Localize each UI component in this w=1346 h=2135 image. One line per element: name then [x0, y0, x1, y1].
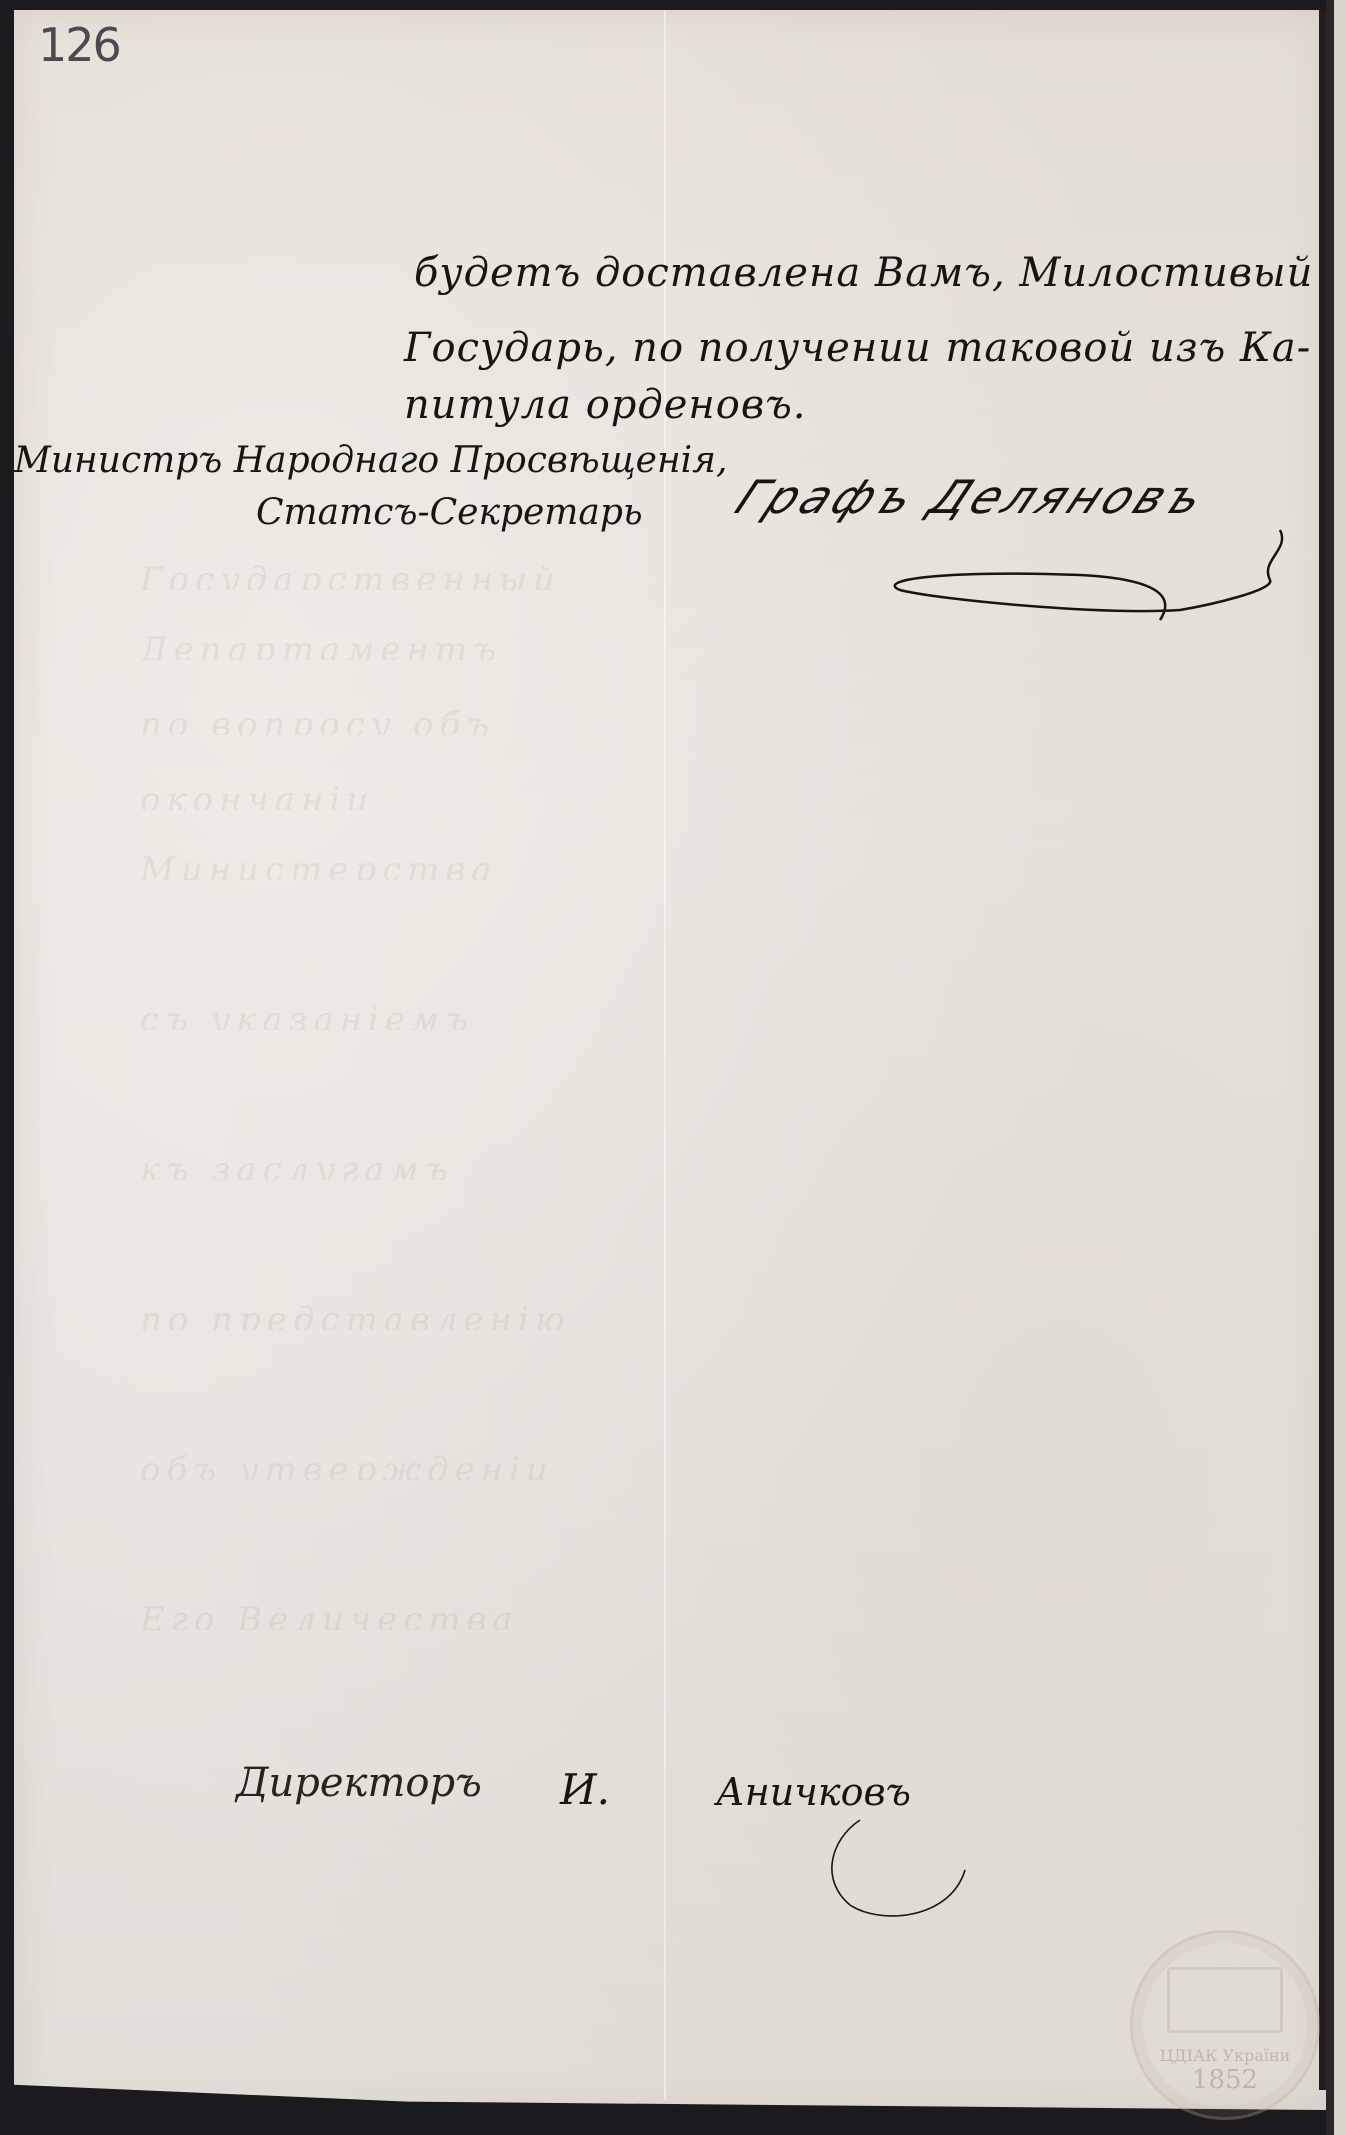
stamp-institution: ЦДІАК України	[1160, 2047, 1291, 2065]
director-initial: И.	[560, 1765, 610, 1814]
bleed-through-text: Департаментъ	[140, 630, 840, 660]
bleed-through-text: по вопросу объ	[140, 705, 840, 735]
director-title: Директоръ	[236, 1760, 482, 1806]
bleed-through-text: Его Величества	[140, 1600, 840, 1630]
folio-number: 126	[38, 18, 120, 72]
bleed-through-text: къ заслугамъ	[140, 1150, 840, 1180]
stamp-year: 1852	[1192, 2065, 1258, 2095]
body-line: будетъ доставлена Вамъ, Милостивый	[414, 250, 1313, 296]
bleed-through-text: Министерства	[140, 850, 840, 880]
director-signature: Аничковъ	[716, 1770, 911, 1814]
minister-title: Министръ Народнаго Просвѣщенія,	[14, 440, 727, 481]
bleed-through-text: по представленію	[140, 1300, 840, 1330]
book-icon	[1167, 1967, 1283, 2033]
bleed-through-text: съ указаніемъ	[140, 1000, 840, 1030]
bleed-through-text: объ утвержденіи	[140, 1450, 840, 1480]
body-line: Государь, по получении таковой изъ Ка-	[404, 325, 1311, 371]
archive-stamp: ЦДІАК України 1852	[1130, 1930, 1320, 2120]
body-line: питула орденовъ.	[404, 382, 806, 428]
fold-line	[664, 10, 666, 2100]
minister-rank: Статсъ-Секретарь	[256, 492, 643, 533]
bleed-through-text: окончаніи	[140, 780, 840, 810]
adjacent-page-edge	[1326, 0, 1346, 2135]
bleed-through-text: Государственный	[140, 560, 840, 590]
minister-signature: Графъ Деляновъ	[727, 470, 1217, 524]
